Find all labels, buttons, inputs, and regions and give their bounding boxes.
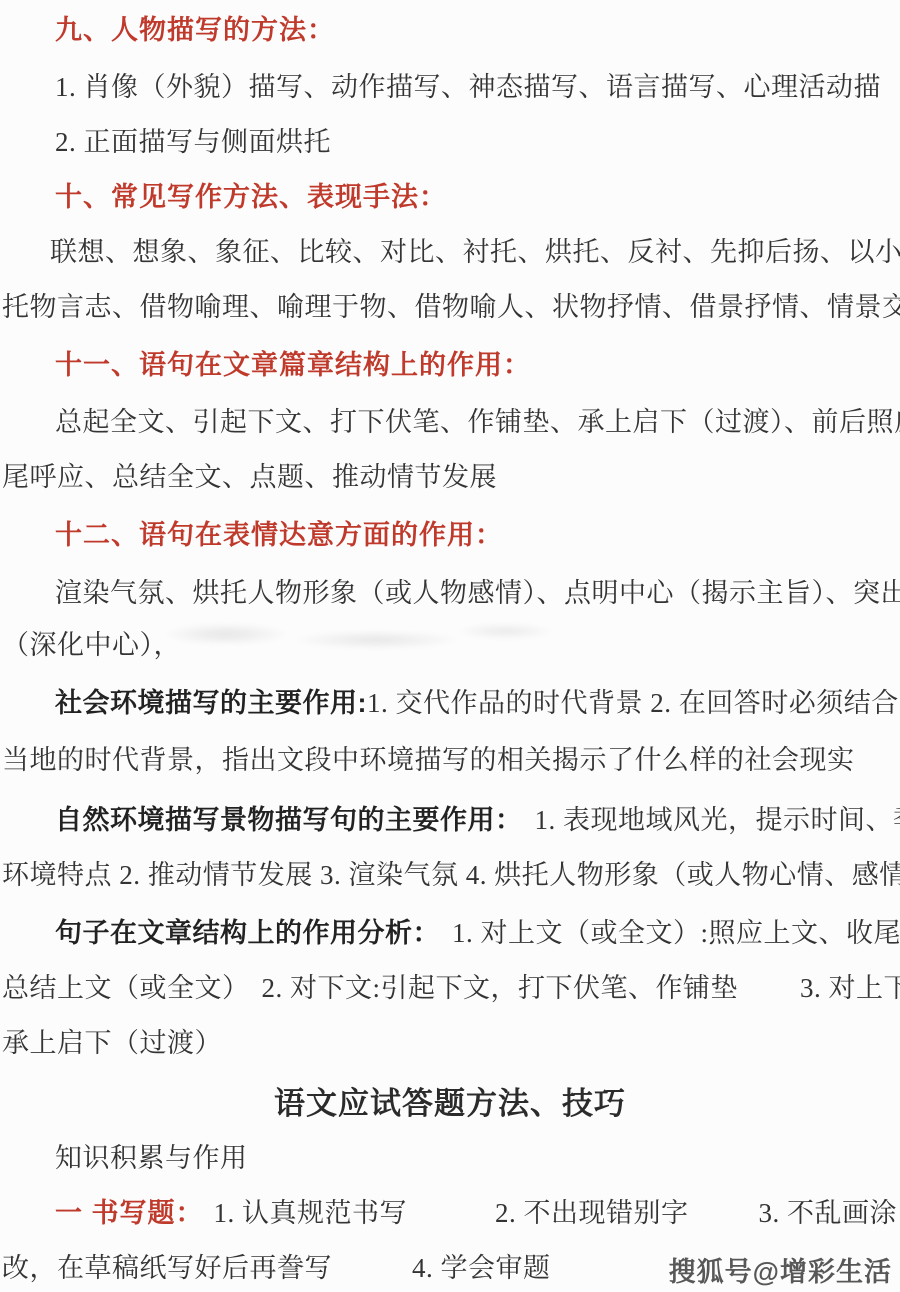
section-9-line-2: 2. 正面描写与侧面烘托: [55, 125, 331, 159]
writing-question-lead: 一 书写题：: [55, 1198, 204, 1228]
section-9-line-1: 1. 肖像（外貌）描写、动作描写、神态描写、语言描写、心理活动描: [55, 70, 881, 104]
section-10-line-1: 联想、想象、象征、比较、对比、衬托、烘托、反衬、先抑后扬、以小见大、: [50, 235, 900, 269]
writing-item-3-cont: 改，在草稿纸写好后再誊写: [2, 1253, 332, 1283]
sentence-structure-lead: 句子在文章结构上的作用分析：: [55, 918, 440, 948]
section-12-title: 十二、语句在表情达意方面的作用：: [55, 518, 503, 552]
structure-item-both: 3. 对上下文：: [800, 973, 900, 1003]
writing-item-3: 3. 不乱画涂: [759, 1198, 898, 1228]
structure-item-above: 总结上文（或全文）: [2, 973, 250, 1003]
document-page: 九、人物描写的方法： 1. 肖像（外貌）描写、动作描写、神态描写、语言描写、心理…: [0, 0, 900, 1292]
social-env-paragraph-line-1: 社会环境描写的主要作用:1. 交代作品的时代背景 2. 在回答时必须结合当时: [55, 686, 900, 720]
section-12-line-1: 渲染气氛、烘托人物形象（或人物感情）、点明中心（揭示主旨）、突出主题: [55, 576, 900, 610]
erased-watermark-smudge: [140, 608, 570, 666]
section-10-line-2: 托物言志、借物喻理、喻理于物、借物喻人、状物抒情、借景抒情、情景交融: [2, 290, 900, 324]
structure-item-below: 2. 对下文:引起下文，打下伏笔、作铺垫: [262, 973, 739, 1003]
writing-item-2: 2. 不出现错别字: [495, 1198, 689, 1228]
natural-env-lead: 自然环境描写景物描写句的主要作用：: [55, 805, 523, 835]
social-env-rest: 1. 交代作品的时代背景 2. 在回答时必须结合当时: [367, 688, 900, 718]
section-11-line-2: 尾呼应、总结全文、点题、推动情节发展: [2, 460, 497, 494]
section-12-line-2: （深化中心），: [2, 628, 181, 662]
section-10-title: 十、常见写作方法、表现手法：: [55, 180, 447, 214]
natural-env-paragraph-line-1: 自然环境描写景物描写句的主要作用：1. 表现地域风光，提示时间、季节和: [55, 803, 900, 837]
natural-env-rest: 1. 表现地域风光，提示时间、季节和: [535, 805, 900, 835]
section-9-title: 九、人物描写的方法：: [55, 13, 335, 47]
writing-item-1: 1. 认真规范书写: [214, 1198, 408, 1228]
sentence-structure-line-2: 总结上文（或全文）2. 对下文:引起下文，打下伏笔、作铺垫3. 对上下文：: [2, 971, 900, 1005]
section-11-title: 十一、语句在文章篇章结构上的作用：: [55, 348, 531, 382]
sentence-structure-line-1: 句子在文章结构上的作用分析：1. 对上文（或全文）:照应上文、收尾呼应、: [55, 916, 900, 950]
social-env-lead: 社会环境描写的主要作用:: [55, 688, 367, 718]
writing-question-line-2: 改，在草稿纸写好后再誊写4. 学会审题: [2, 1251, 551, 1285]
natural-env-paragraph-line-2: 环境特点 2. 推动情节发展 3. 渲染气氛 4. 烘托人物形象（或人物心情、感…: [2, 858, 900, 892]
exam-methods-title: 语文应试答题方法、技巧: [0, 1078, 900, 1123]
exam-intro-line: 知识积累与作用: [55, 1141, 248, 1175]
writing-question-line-1: 一 书写题：1. 认真规范书写2. 不出现错别字3. 不乱画涂: [55, 1196, 897, 1230]
section-11-line-1: 总起全文、引起下文、打下伏笔、作铺垫、承上启下（过渡）、前后照应、收: [55, 405, 900, 439]
writing-item-4: 4. 学会审题: [412, 1253, 551, 1283]
social-env-paragraph-line-2: 当地的时代背景，指出文段中环境描写的相关揭示了什么样的社会现实: [2, 743, 855, 777]
sentence-structure-line-3: 承上启下（过渡）: [2, 1026, 222, 1060]
sohu-watermark: 搜狐号@增彩生活: [669, 1250, 892, 1289]
sentence-structure-rest: 1. 对上文（或全文）:照应上文、收尾呼应、: [452, 918, 900, 948]
